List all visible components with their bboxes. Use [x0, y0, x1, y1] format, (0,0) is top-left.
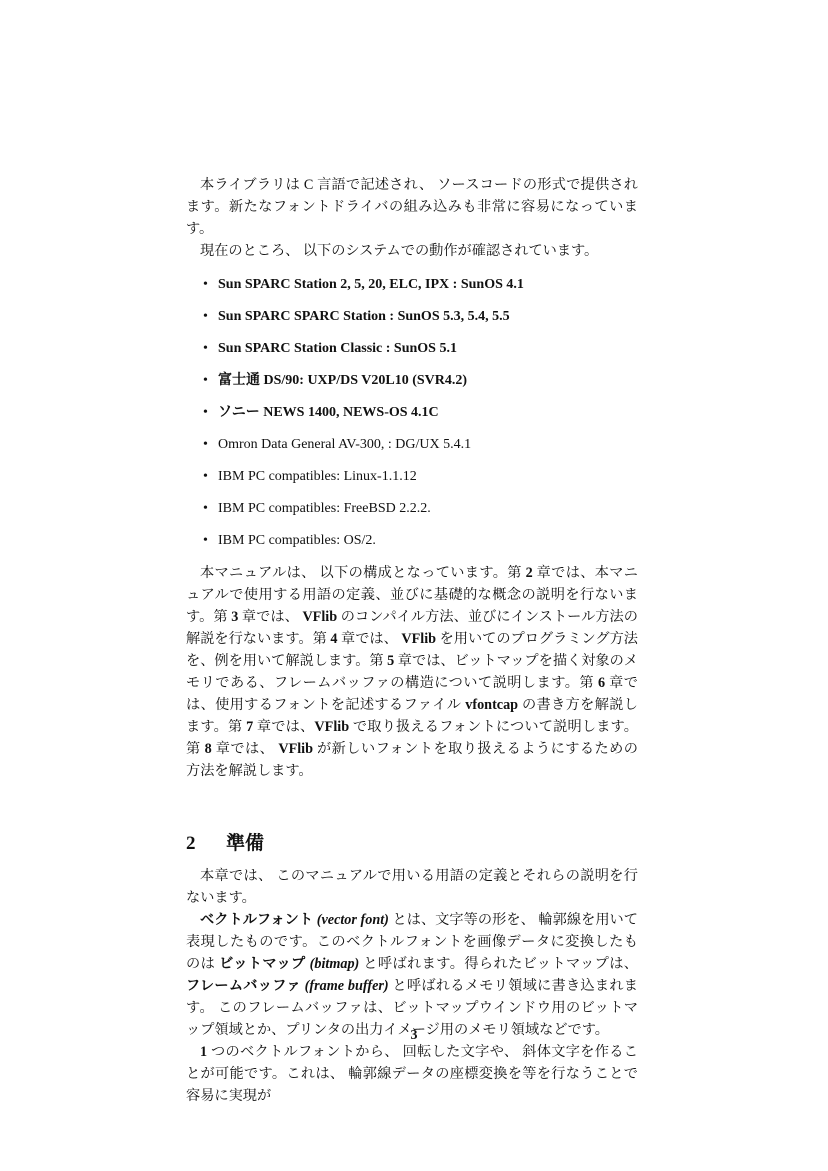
list-item: •Sun SPARC Station Classic : SunOS 5.1	[186, 338, 638, 360]
list-item: •富士通 DS/90: UXP/DS V20L10 (SVR4.2)	[186, 370, 638, 392]
bullet-icon: •	[203, 306, 208, 328]
list-item: •IBM PC compatibles: OS/2.	[186, 530, 638, 552]
section-number: 2	[186, 833, 226, 855]
bullet-icon: •	[203, 434, 208, 456]
bullet-icon: •	[203, 530, 208, 552]
supported-systems-list: •Sun SPARC Station 2, 5, 20, ELC, IPX : …	[186, 274, 638, 552]
section-intro-paragraph: 本章では、 このマニュアルで用いる用語の定義とそれらの説明を行ないます。	[186, 865, 638, 909]
list-item: •Sun SPARC SPARC Station : SunOS 5.3, 5.…	[186, 306, 638, 328]
bullet-icon: •	[203, 498, 208, 520]
definitions-paragraph: ベクトルフォント (vector font) とは、文字等の形を、 輪郭線を用い…	[186, 909, 638, 1041]
section-title: 準備	[226, 828, 264, 855]
transform-paragraph: 1 つのベクトルフォントから、 回転した文字や、 斜体文字を作ることが可能です。…	[186, 1041, 638, 1107]
intro-paragraph: 本ライブラリは C 言語で記述され、 ソースコードの形式で提供されます。新たなフ…	[186, 174, 638, 240]
list-item: •ソニー NEWS 1400, NEWS-OS 4.1C	[186, 402, 638, 424]
list-item: •IBM PC compatibles: FreeBSD 2.2.2.	[186, 498, 638, 520]
document-page: 本ライブラリは C 言語で記述され、 ソースコードの形式で提供されます。新たなフ…	[186, 174, 638, 1107]
bullet-icon: •	[203, 338, 208, 360]
list-item: •Sun SPARC Station 2, 5, 20, ELC, IPX : …	[186, 274, 638, 296]
page-number: 3	[0, 1028, 828, 1044]
list-item: •Omron Data General AV-300, : DG/UX 5.4.…	[186, 434, 638, 456]
bullet-icon: •	[203, 402, 208, 424]
bullet-icon: •	[203, 274, 208, 296]
bullet-icon: •	[203, 466, 208, 488]
list-item: •IBM PC compatibles: Linux-1.1.12	[186, 466, 638, 488]
manual-structure-paragraph: 本マニュアルは、 以下の構成となっています。第 2 章では、本マニュアルで使用す…	[186, 562, 638, 782]
section-heading: 2 準備	[186, 828, 638, 855]
intro-systems-sentence: 現在のところ、 以下のシステムでの動作が確認されています。	[186, 240, 638, 262]
bullet-icon: •	[203, 370, 208, 392]
